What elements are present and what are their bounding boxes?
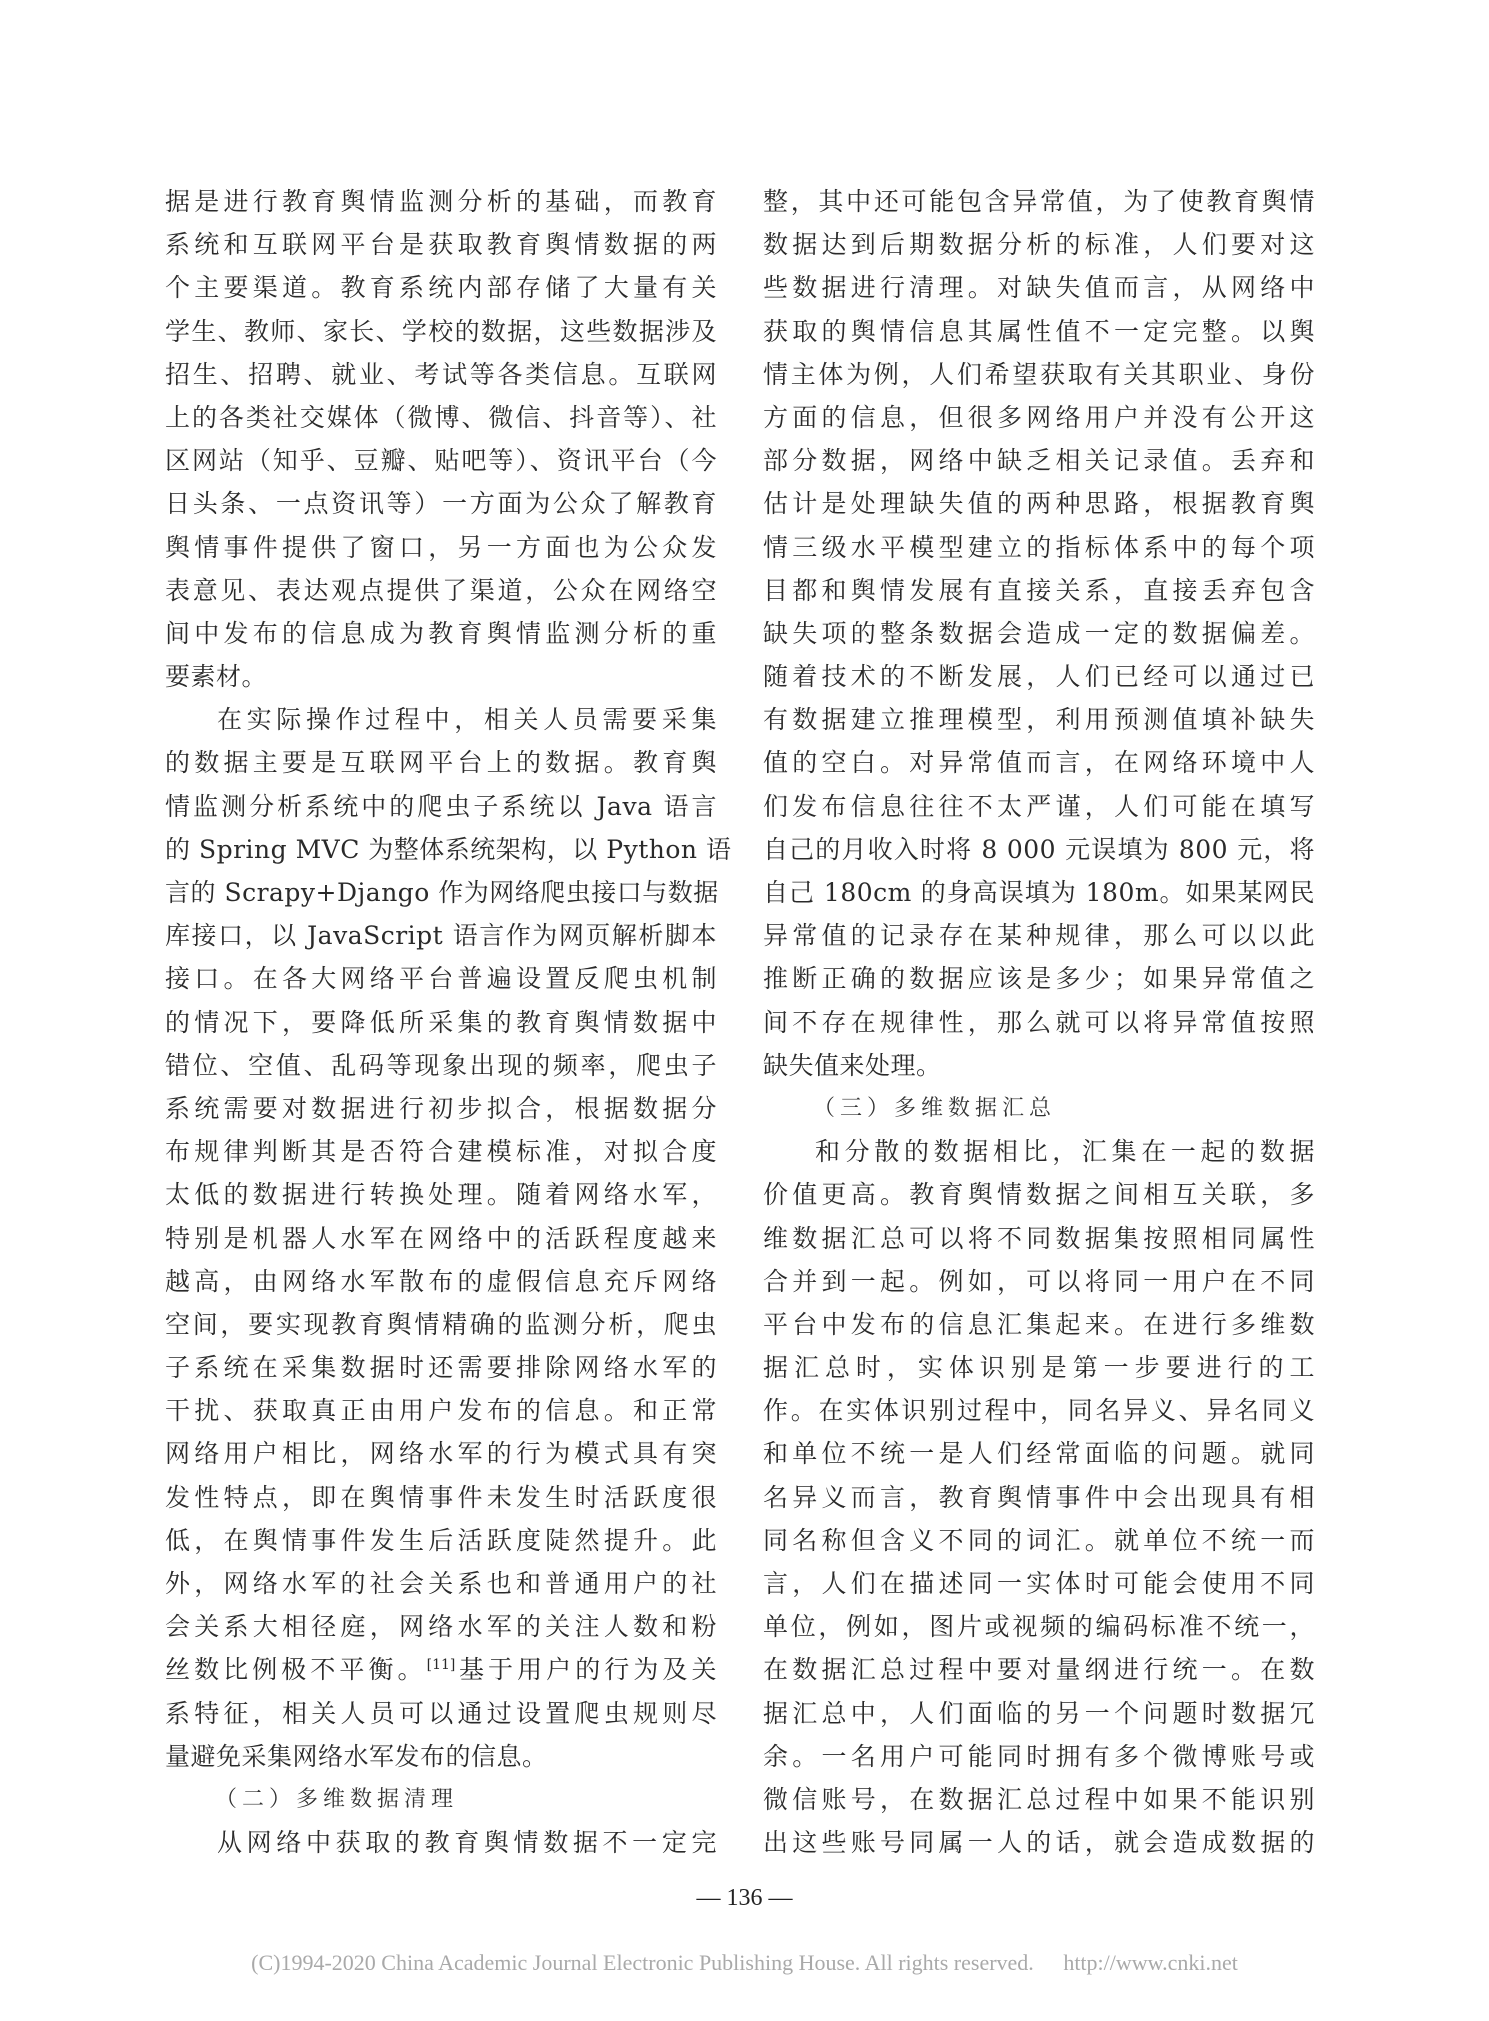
body-line: 目都和舆情发展有直接关系，直接丢弃包含 bbox=[763, 569, 1315, 612]
body-line: 特别是机器人水军在网络中的活跃程度越来 bbox=[165, 1217, 717, 1260]
page-number: — 136 — bbox=[0, 1885, 1489, 1912]
body-line: 情三级水平模型建立的指标体系中的每个项 bbox=[763, 526, 1315, 569]
body-line: 量避免采集网络水军发布的信息。 bbox=[165, 1735, 717, 1778]
footer-link[interactable]: http://www.cnki.net bbox=[1063, 1950, 1238, 1975]
body-line: 整，其中还可能包含异常值，为了使教育舆情 bbox=[763, 180, 1315, 223]
body-line: 区网站（知乎、豆瓣、贴吧等）、资讯平台（今 bbox=[165, 439, 717, 482]
body-line: 空间，要实现教育舆情精确的监测分析，爬虫 bbox=[165, 1303, 717, 1346]
body-line: 据是进行教育舆情监测分析的基础，而教育 bbox=[165, 180, 717, 223]
body-line: 微信账号，在数据汇总过程中如果不能识别 bbox=[763, 1778, 1315, 1821]
body-line: 数据达到后期数据分析的标准，人们要对这 bbox=[763, 223, 1315, 266]
body-line: 的情况下，要降低所采集的教育舆情数据中 bbox=[165, 1001, 717, 1044]
body-line: 价值更高。教育舆情数据之间相互关联，多 bbox=[763, 1173, 1315, 1216]
body-line: 出这些账号同属一人的话，就会造成数据的 bbox=[763, 1821, 1315, 1864]
copyright-notice: (C)1994-2020 China Academic Journal Elec… bbox=[251, 1950, 1034, 1975]
paragraph-start-line: 和分散的数据相比，汇集在一起的数据 bbox=[763, 1130, 1315, 1173]
body-line: 值的空白。对异常值而言，在网络环境中人 bbox=[763, 741, 1315, 784]
body-line: 布规律判断其是否符合建模标准，对拟合度 bbox=[165, 1130, 717, 1173]
body-line: 情监测分析系统中的爬虫子系统以 Java 语言 bbox=[165, 785, 717, 828]
body-line: 估计是处理缺失值的两种思路，根据教育舆 bbox=[763, 482, 1315, 525]
body-line: 情主体为例，人们希望获取有关其职业、身份 bbox=[763, 353, 1315, 396]
body-line: 单位，例如，图片或视频的编码标准不统一， bbox=[763, 1605, 1315, 1648]
line-text: 丝数比例极不平衡。 bbox=[165, 1655, 427, 1684]
body-line: 维数据汇总可以将不同数据集按照相同属性 bbox=[763, 1217, 1315, 1260]
body-line: 有数据建立推理模型，利用预测值填补缺失 bbox=[763, 698, 1315, 741]
body-line: 部分数据，网络中缺乏相关记录值。丢弃和 bbox=[763, 439, 1315, 482]
section-heading: （二）多维数据清理 bbox=[165, 1778, 717, 1821]
body-line: 网络用户相比，网络水军的行为模式具有突 bbox=[165, 1432, 717, 1475]
body-line: 干扰、获取真正由用户发布的信息。和正常 bbox=[165, 1389, 717, 1432]
body-line: 的 Spring MVC 为整体系统架构，以 Python 语 bbox=[165, 828, 717, 871]
body-line: 错位、空值、乱码等现象出现的频率，爬虫子 bbox=[165, 1044, 717, 1087]
body-line: 间中发布的信息成为教育舆情监测分析的重 bbox=[165, 612, 717, 655]
body-line: 外，网络水军的社会关系也和普通用户的社 bbox=[165, 1562, 717, 1605]
footer: (C)1994-2020 China Academic Journal Elec… bbox=[0, 1950, 1489, 1976]
body-line: 随着技术的不断发展，人们已经可以通过已 bbox=[763, 655, 1315, 698]
body-line: 据汇总时，实体识别是第一步要进行的工 bbox=[763, 1346, 1315, 1389]
body-line: 舆情事件提供了窗口，另一方面也为公众发 bbox=[165, 526, 717, 569]
body-line: 异常值的记录存在某种规律，那么可以以此 bbox=[763, 914, 1315, 957]
right-column: 整，其中还可能包含异常值，为了使教育舆情 数据达到后期数据分析的标准，人们要对这… bbox=[763, 180, 1315, 1864]
body-line: 间不存在规律性，那么就可以将异常值按照 bbox=[763, 1001, 1315, 1044]
body-line: 系统和互联网平台是获取教育舆情数据的两 bbox=[165, 223, 717, 266]
body-line: 自己 180cm 的身高误填为 180m。如果某网民 bbox=[763, 871, 1315, 914]
body-line: 名异义而言，教育舆情事件中会出现具有相 bbox=[763, 1476, 1315, 1519]
body-line: 缺失值来处理。 bbox=[763, 1044, 1315, 1087]
body-line: 学生、教师、家长、学校的数据，这些数据涉及 bbox=[165, 310, 717, 353]
body-line: 个主要渠道。教育系统内部存储了大量有关 bbox=[165, 266, 717, 309]
body-line: 作。在实体识别过程中，同名异义、异名同义 bbox=[763, 1389, 1315, 1432]
body-line: 库接口，以 JavaScript 语言作为网页解析脚本 bbox=[165, 914, 717, 957]
body-line: 些数据进行清理。对缺失值而言，从网络中 bbox=[763, 266, 1315, 309]
body-line: 低，在舆情事件发生后活跃度陡然提升。此 bbox=[165, 1519, 717, 1562]
body-line: 上的各类社交媒体（微博、微信、抖音等）、社 bbox=[165, 396, 717, 439]
body-line: 方面的信息，但很多网络用户并没有公开这 bbox=[763, 396, 1315, 439]
body-line: 言的 Scrapy+Django 作为网络爬虫接口与数据 bbox=[165, 871, 717, 914]
section-heading: （三）多维数据汇总 bbox=[763, 1087, 1315, 1130]
body-line: 发性特点，即在舆情事件未发生时活跃度很 bbox=[165, 1476, 717, 1519]
body-line: 平台中发布的信息汇集起来。在进行多维数 bbox=[763, 1303, 1315, 1346]
body-line: 系特征，相关人员可以通过设置爬虫规则尽 bbox=[165, 1692, 717, 1735]
body-line: 推断正确的数据应该是多少；如果异常值之 bbox=[763, 957, 1315, 1000]
body-line: 的数据主要是互联网平台上的数据。教育舆 bbox=[165, 741, 717, 784]
body-line: 言，人们在描述同一实体时可能会使用不同 bbox=[763, 1562, 1315, 1605]
left-column: 据是进行教育舆情监测分析的基础，而教育 系统和互联网平台是获取教育舆情数据的两 … bbox=[165, 180, 717, 1864]
body-line-with-citation: 丝数比例极不平衡。[11]基于用户的行为及关 bbox=[165, 1648, 717, 1691]
body-line: 同名称但含义不同的词汇。就单位不统一而 bbox=[763, 1519, 1315, 1562]
body-line: 太低的数据进行转换处理。随着网络水军， bbox=[165, 1173, 717, 1216]
body-line: 子系统在采集数据时还需要排除网络水军的 bbox=[165, 1346, 717, 1389]
body-line: 和单位不统一是人们经常面临的问题。就同 bbox=[763, 1432, 1315, 1475]
line-text: 基于用户的行为及关 bbox=[455, 1655, 717, 1684]
body-line: 余。一名用户可能同时拥有多个微博账号或 bbox=[763, 1735, 1315, 1778]
body-line: 要素材。 bbox=[165, 655, 717, 698]
citation-reference[interactable]: [11] bbox=[427, 1657, 456, 1673]
body-line: 合并到一起。例如，可以将同一用户在不同 bbox=[763, 1260, 1315, 1303]
body-line: 会关系大相径庭，网络水军的关注人数和粉 bbox=[165, 1605, 717, 1648]
body-line: 日头条、一点资讯等）一方面为公众了解教育 bbox=[165, 482, 717, 525]
body-line: 获取的舆情信息其属性值不一定完整。以舆 bbox=[763, 310, 1315, 353]
body-line: 接口。在各大网络平台普遍设置反爬虫机制 bbox=[165, 957, 717, 1000]
body-line: 系统需要对数据进行初步拟合，根据数据分 bbox=[165, 1087, 717, 1130]
body-line: 表意见、表达观点提供了渠道，公众在网络空 bbox=[165, 569, 717, 612]
body-line: 缺失项的整条数据会造成一定的数据偏差。 bbox=[763, 612, 1315, 655]
body-line: 据汇总中，人们面临的另一个问题时数据冗 bbox=[763, 1692, 1315, 1735]
body-line: 自己的月收入时将 8 000 元误填为 800 元，将 bbox=[763, 828, 1315, 871]
body-line: 越高，由网络水军散布的虚假信息充斥网络 bbox=[165, 1260, 717, 1303]
paragraph-start-line: 在实际操作过程中，相关人员需要采集 bbox=[165, 698, 717, 741]
body-line: 在数据汇总过程中要对量纲进行统一。在数 bbox=[763, 1648, 1315, 1691]
body-line: 们发布信息往往不太严谨，人们可能在填写 bbox=[763, 785, 1315, 828]
body-line: 招生、招聘、就业、考试等各类信息。互联网 bbox=[165, 353, 717, 396]
paragraph-start-line: 从网络中获取的教育舆情数据不一定完 bbox=[165, 1821, 717, 1864]
